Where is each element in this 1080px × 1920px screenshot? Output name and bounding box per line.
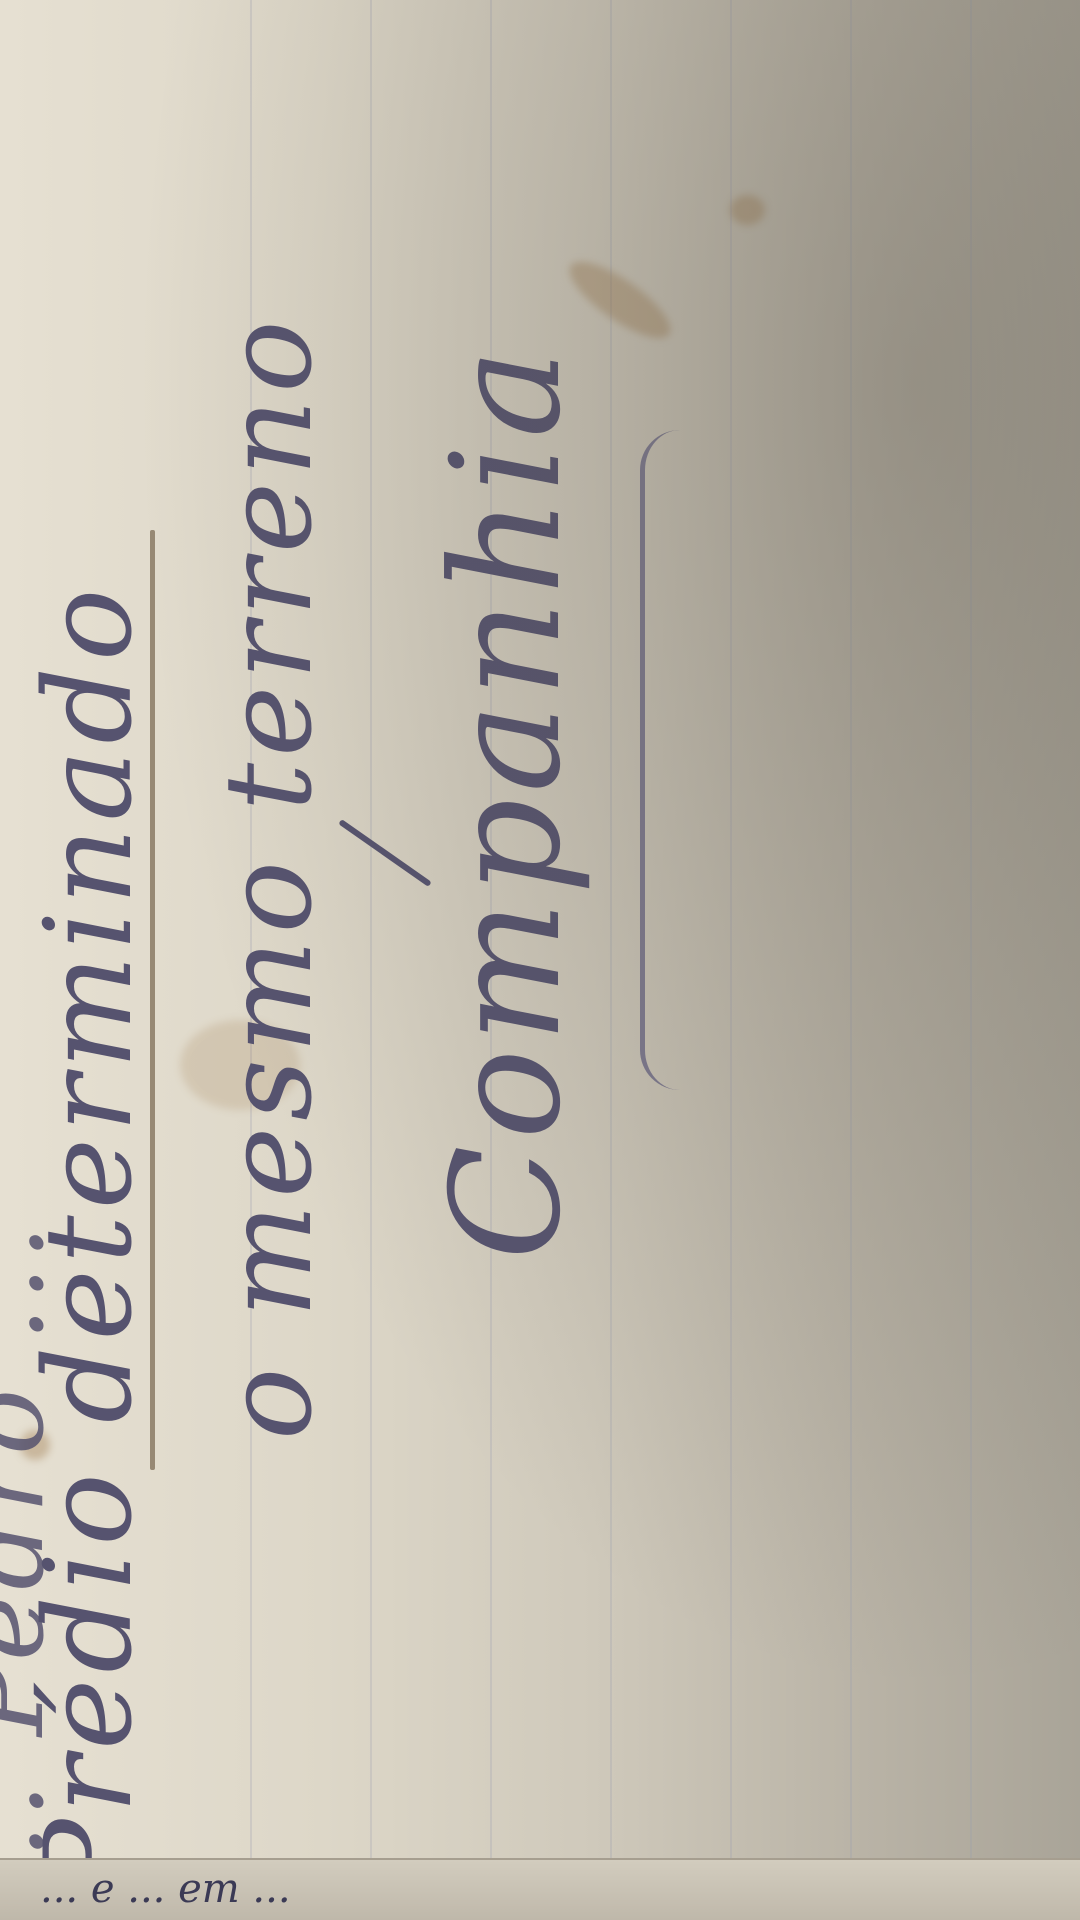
ruled-line: [370, 0, 372, 1920]
pen-stroke: [338, 819, 432, 887]
ruled-line: [970, 0, 972, 1920]
handwritten-line-1: Prédio determinado: [20, 583, 159, 1900]
handwritten-line-2: o mesmo terreno: [200, 315, 339, 1440]
ruled-line: [850, 0, 852, 1920]
next-page-text: ... e ... em ...: [40, 1866, 291, 1912]
document-page: ... Pedro ... Prédio determinado o mesmo…: [0, 0, 1080, 1920]
handwritten-signature: Companhia: [420, 343, 594, 1260]
stain: [559, 249, 680, 351]
ruled-line: [730, 0, 732, 1920]
stain: [730, 195, 765, 225]
next-page-edge: ... e ... em ...: [0, 1858, 1080, 1920]
signature-flourish: [640, 430, 705, 1090]
